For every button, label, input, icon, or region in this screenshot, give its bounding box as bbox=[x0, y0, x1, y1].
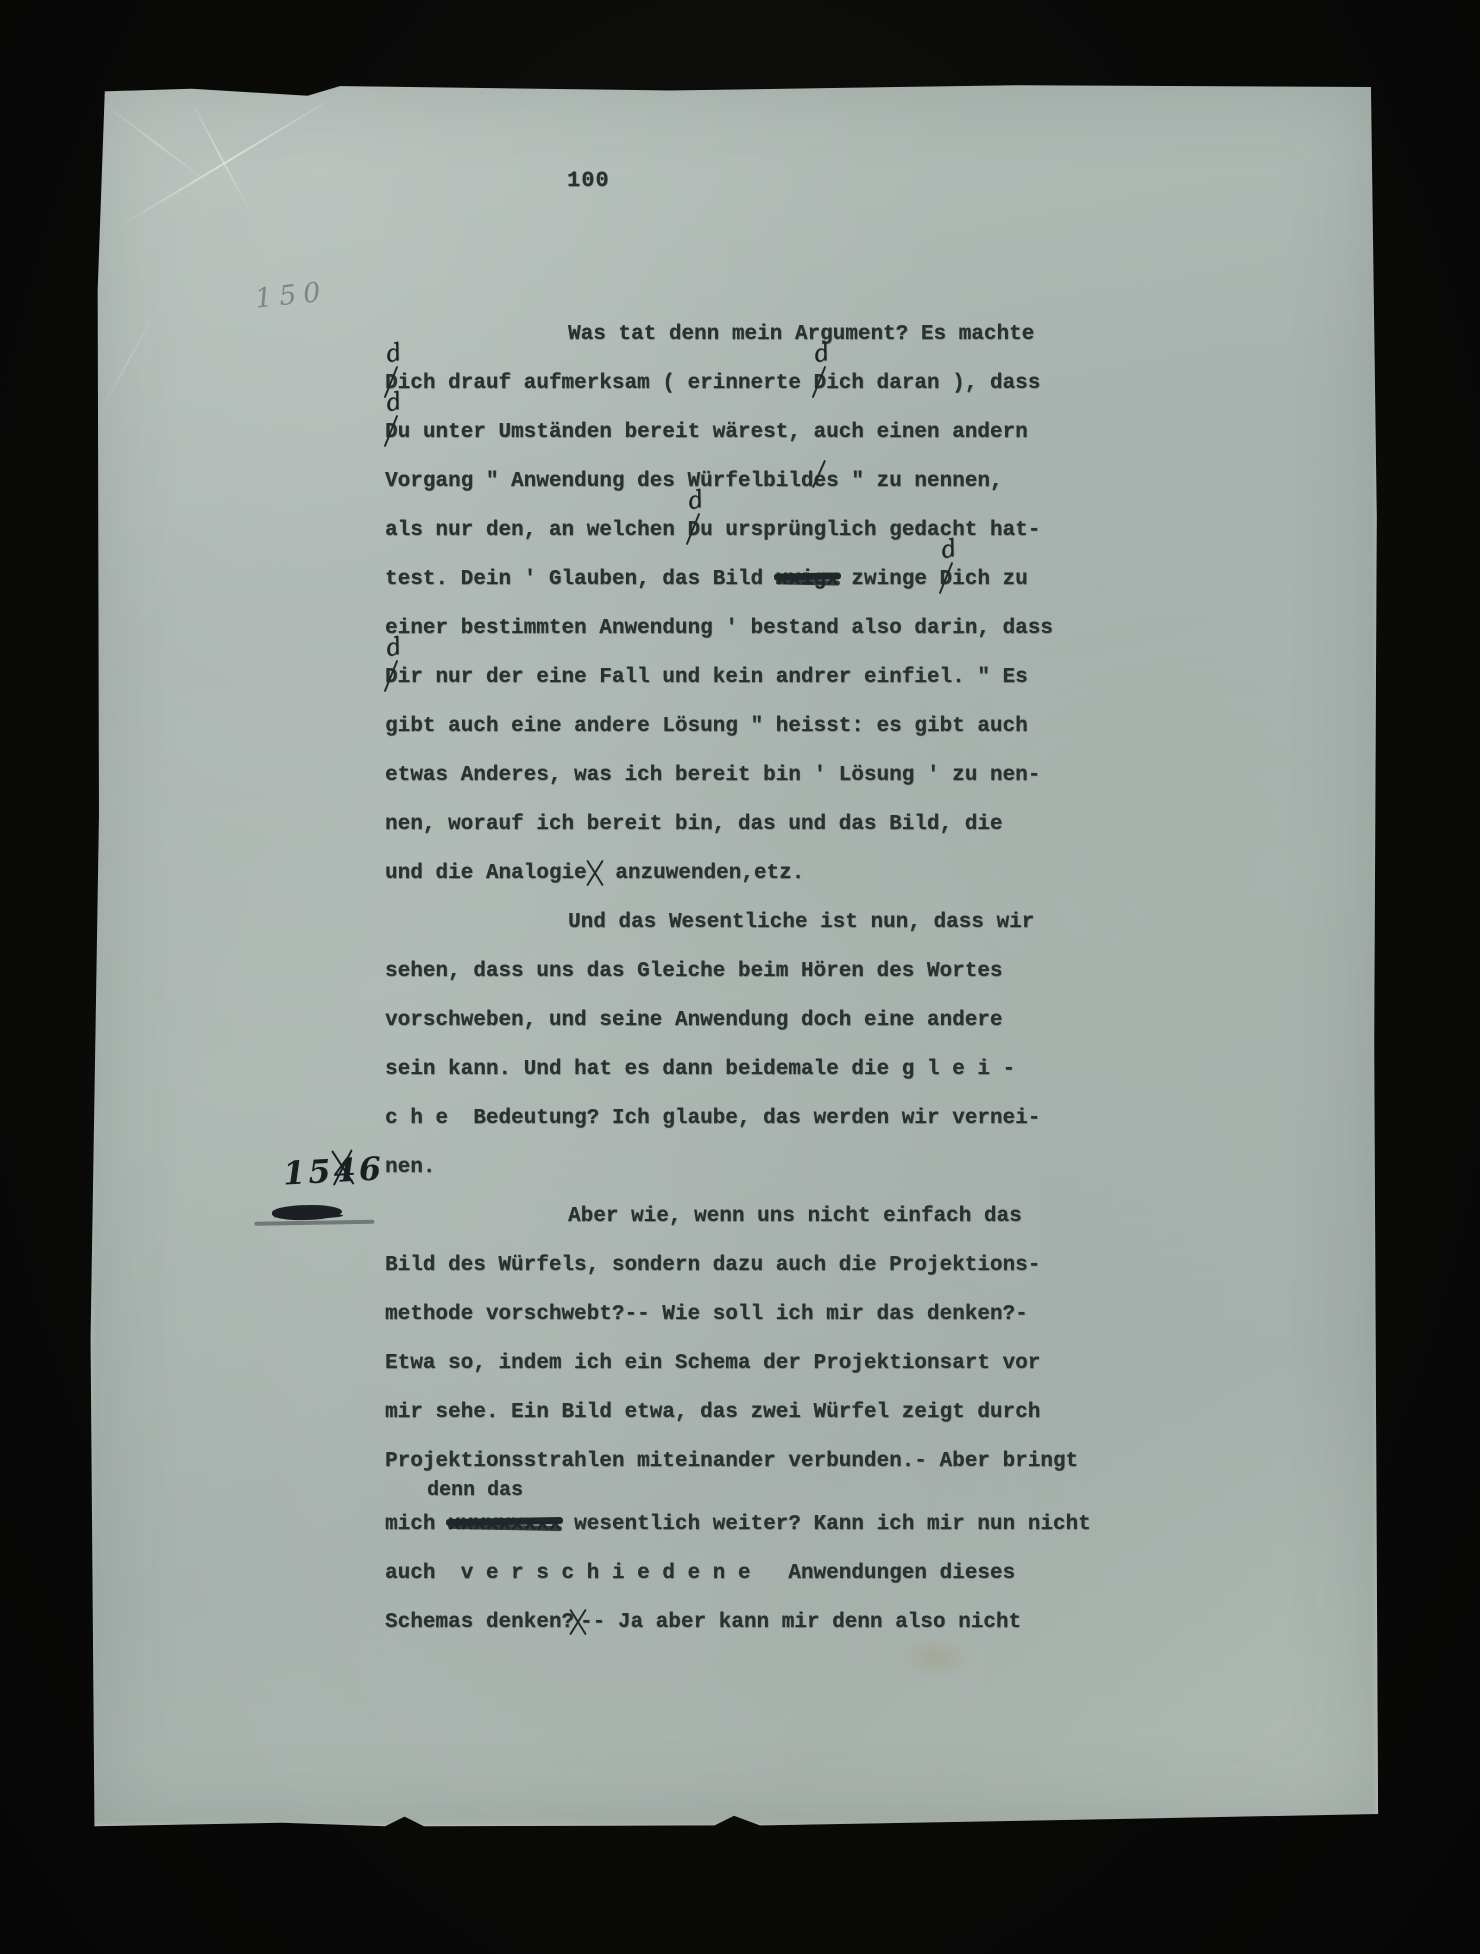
typed-line: etwas Anderes, was ich bereit bin ' Lösu… bbox=[385, 751, 1145, 800]
typed-text-segment: Bild des Würfels, sondern dazu auch die … bbox=[385, 1254, 1040, 1277]
slashed-letter: e bbox=[813, 457, 826, 506]
handwritten-correction-letter: d bbox=[939, 538, 958, 561]
typed-line: gibt auch eine andere Lösung " heisst: e… bbox=[385, 702, 1145, 751]
typed-text-segment: Vorgang " Anwendung des Würfelbild bbox=[385, 470, 813, 493]
typed-text-segment: Projektionsstrahlen miteinander verbunde… bbox=[385, 1450, 1078, 1473]
typed-line: Vorgang " Anwendung des Würfelbildes " z… bbox=[385, 457, 1145, 506]
typed-text-segment: u unter Umständen bereit wärest, auch ei… bbox=[398, 421, 1028, 444]
ink-note-struck-digit: 4 bbox=[333, 1151, 360, 1190]
typed-line: mich xxxxxxxxx wesentlich weiter? Kann i… bbox=[385, 1500, 1145, 1549]
typed-text-segment: einer bestimmten Anwendung ' bestand als… bbox=[385, 617, 1053, 640]
typed-text-segment: Aber wie, wenn uns nicht einfach das bbox=[568, 1205, 1022, 1228]
typed-line: c h e Bedeutung? Ich glaube, das werden … bbox=[385, 1094, 1145, 1143]
typed-text-segment: ich drauf aufmerksam ( erinnerte bbox=[398, 372, 814, 395]
handwritten-x-mark bbox=[587, 862, 603, 882]
typed-line: vorschweben, und seine Anwendung doch ei… bbox=[385, 996, 1145, 1045]
typed-text-segment: ir nur der eine Fall und kein andrer ein… bbox=[398, 666, 1028, 689]
paper-tear bbox=[88, 825, 98, 839]
typed-text-segment: -- Ja aber kann mir denn also nicht bbox=[580, 1611, 1021, 1634]
typed-line: nen, worauf ich bereit bin, das und das … bbox=[385, 800, 1145, 849]
scratched-out-margin-note bbox=[272, 1204, 342, 1221]
typed-line: nen. bbox=[385, 1143, 1145, 1192]
typed-text-segment: Etwa so, indem ich ein Schema der Projek… bbox=[385, 1352, 1040, 1375]
typed-text-segment: vorschweben, und seine Anwendung doch ei… bbox=[385, 1009, 1003, 1032]
capital-corrected-to-lowercase: Dd bbox=[385, 408, 398, 457]
typed-line: sehen, dass uns das Gleiche beim Hören d… bbox=[385, 947, 1145, 996]
typed-text-segment: methode vorschwebt?-- Wie soll ich mir d… bbox=[385, 1303, 1028, 1326]
typed-text-segment: als nur den, an welchen bbox=[385, 519, 687, 542]
typed-text-segment: nen, worauf ich bereit bin, das und das … bbox=[385, 813, 1003, 836]
pencil-margin-note: 150 bbox=[254, 276, 329, 314]
typed-text-segment: denn das bbox=[427, 1479, 523, 1502]
typed-text-segment: zwinge bbox=[839, 568, 940, 591]
typed-text-segment: mir sehe. Ein Bild etwa, das zwei Würfel… bbox=[385, 1401, 1040, 1424]
capital-corrected-to-lowercase: Dd bbox=[687, 506, 700, 555]
typed-line: Bild des Würfels, sondern dazu auch die … bbox=[385, 1241, 1145, 1290]
typed-line: sein kann. Und hat es dann beidemale die… bbox=[385, 1045, 1145, 1094]
ink-margin-note: 1546 bbox=[282, 1149, 385, 1192]
typed-text-segment: nen. bbox=[385, 1156, 435, 1179]
typed-line: als nur den, an welchen Ddu ursprünglich… bbox=[385, 506, 1145, 555]
typed-text-segment: mich bbox=[385, 1513, 448, 1536]
capital-corrected-to-lowercase: Dd bbox=[940, 555, 953, 604]
paper-crease bbox=[114, 93, 340, 230]
typed-text-segment: wesentlich weiter? Kann ich mir nun nich… bbox=[561, 1513, 1090, 1536]
ink-note-suffix: 6 bbox=[358, 1149, 385, 1188]
typed-line: Etwa so, indem ich ein Schema der Projek… bbox=[385, 1339, 1145, 1388]
typed-line: Ddir nur der eine Fall und kein andrer e… bbox=[385, 653, 1145, 702]
ink-note-prefix: 15 bbox=[282, 1152, 334, 1193]
typed-line: auch v e r s c h i e d e n e Anwendungen… bbox=[385, 1549, 1145, 1598]
typed-text-segment: Und das Wesentliche ist nun, dass wir bbox=[568, 911, 1034, 934]
paper-crease bbox=[189, 99, 252, 215]
photograph-of-typescript-page: { "page": { "number": "100" }, "margin":… bbox=[0, 0, 1480, 1954]
typed-text-segment: gibt auch eine andere Lösung " heisst: e… bbox=[385, 715, 1028, 738]
typed-text-segment: und die Analogie bbox=[385, 862, 587, 885]
capital-corrected-to-lowercase: Dd bbox=[813, 359, 826, 408]
typed-line: methode vorschwebt?-- Wie soll ich mir d… bbox=[385, 1290, 1145, 1339]
typed-line: und die Analogie anzuwenden,etz. bbox=[385, 849, 1145, 898]
typed-line: Ddu unter Umständen bereit wärest, auch … bbox=[385, 408, 1145, 457]
typed-text-segment: Was tat denn mein Argument? Es machte bbox=[568, 323, 1034, 346]
typed-text-segment: Schemas denken? bbox=[385, 1611, 574, 1634]
handwritten-x-mark bbox=[570, 1611, 586, 1631]
typed-text-segment: anzuwenden,etz. bbox=[603, 862, 805, 885]
typed-text-segment: ich zu bbox=[952, 568, 1028, 591]
typed-text-segment: etwas Anderes, was ich bereit bin ' Lösu… bbox=[385, 764, 1040, 787]
typed-text-segment: s " zu nennen, bbox=[826, 470, 1002, 493]
typed-text-segment: c h e Bedeutung? Ich glaube, das werden … bbox=[385, 1107, 1040, 1130]
typed-line: einer bestimmten Anwendung ' bestand als… bbox=[385, 604, 1145, 653]
struck-out-word: xxxxxxxxx bbox=[448, 1500, 561, 1549]
capital-corrected-to-lowercase: Dd bbox=[385, 653, 398, 702]
typed-text-segment: sein kann. Und hat es dann beidemale die… bbox=[385, 1058, 1015, 1081]
struck-out-word: xxigx bbox=[776, 555, 839, 604]
page-number: 100 bbox=[567, 168, 610, 193]
paper-crease bbox=[94, 302, 162, 422]
typed-line: Schemas denken?-- Ja aber kann mir denn … bbox=[385, 1598, 1145, 1647]
typescript-sheet: 100 150 1546 Was tat denn mein Argument?… bbox=[88, 80, 1380, 1828]
paper-crease bbox=[99, 100, 212, 186]
typed-text-segment: u ursprünglich gedacht hat- bbox=[700, 519, 1040, 542]
typed-line: mir sehe. Ein Bild etwa, das zwei Würfel… bbox=[385, 1388, 1145, 1437]
typed-lines: Was tat denn mein Argument? Es machteDdi… bbox=[385, 310, 1145, 1647]
typed-text-segment: sehen, dass uns das Gleiche beim Hören d… bbox=[385, 960, 1003, 983]
typed-line: Und das Wesentliche ist nun, dass wir bbox=[385, 898, 1145, 947]
typed-text-segment: auch v e r s c h i e d e n e Anwendungen… bbox=[385, 1562, 1015, 1585]
typed-text-segment: ich daran ), dass bbox=[826, 372, 1040, 395]
typed-line: Was tat denn mein Argument? Es machte bbox=[385, 310, 1145, 359]
typed-line: Ddich drauf aufmerksam ( erinnerte Ddich… bbox=[385, 359, 1145, 408]
typed-line: Aber wie, wenn uns nicht einfach das bbox=[385, 1192, 1145, 1241]
typed-line: test. Dein ' Glauben, das Bild xxigx zwi… bbox=[385, 555, 1145, 604]
typed-text-segment: test. Dein ' Glauben, das Bild bbox=[385, 568, 776, 591]
